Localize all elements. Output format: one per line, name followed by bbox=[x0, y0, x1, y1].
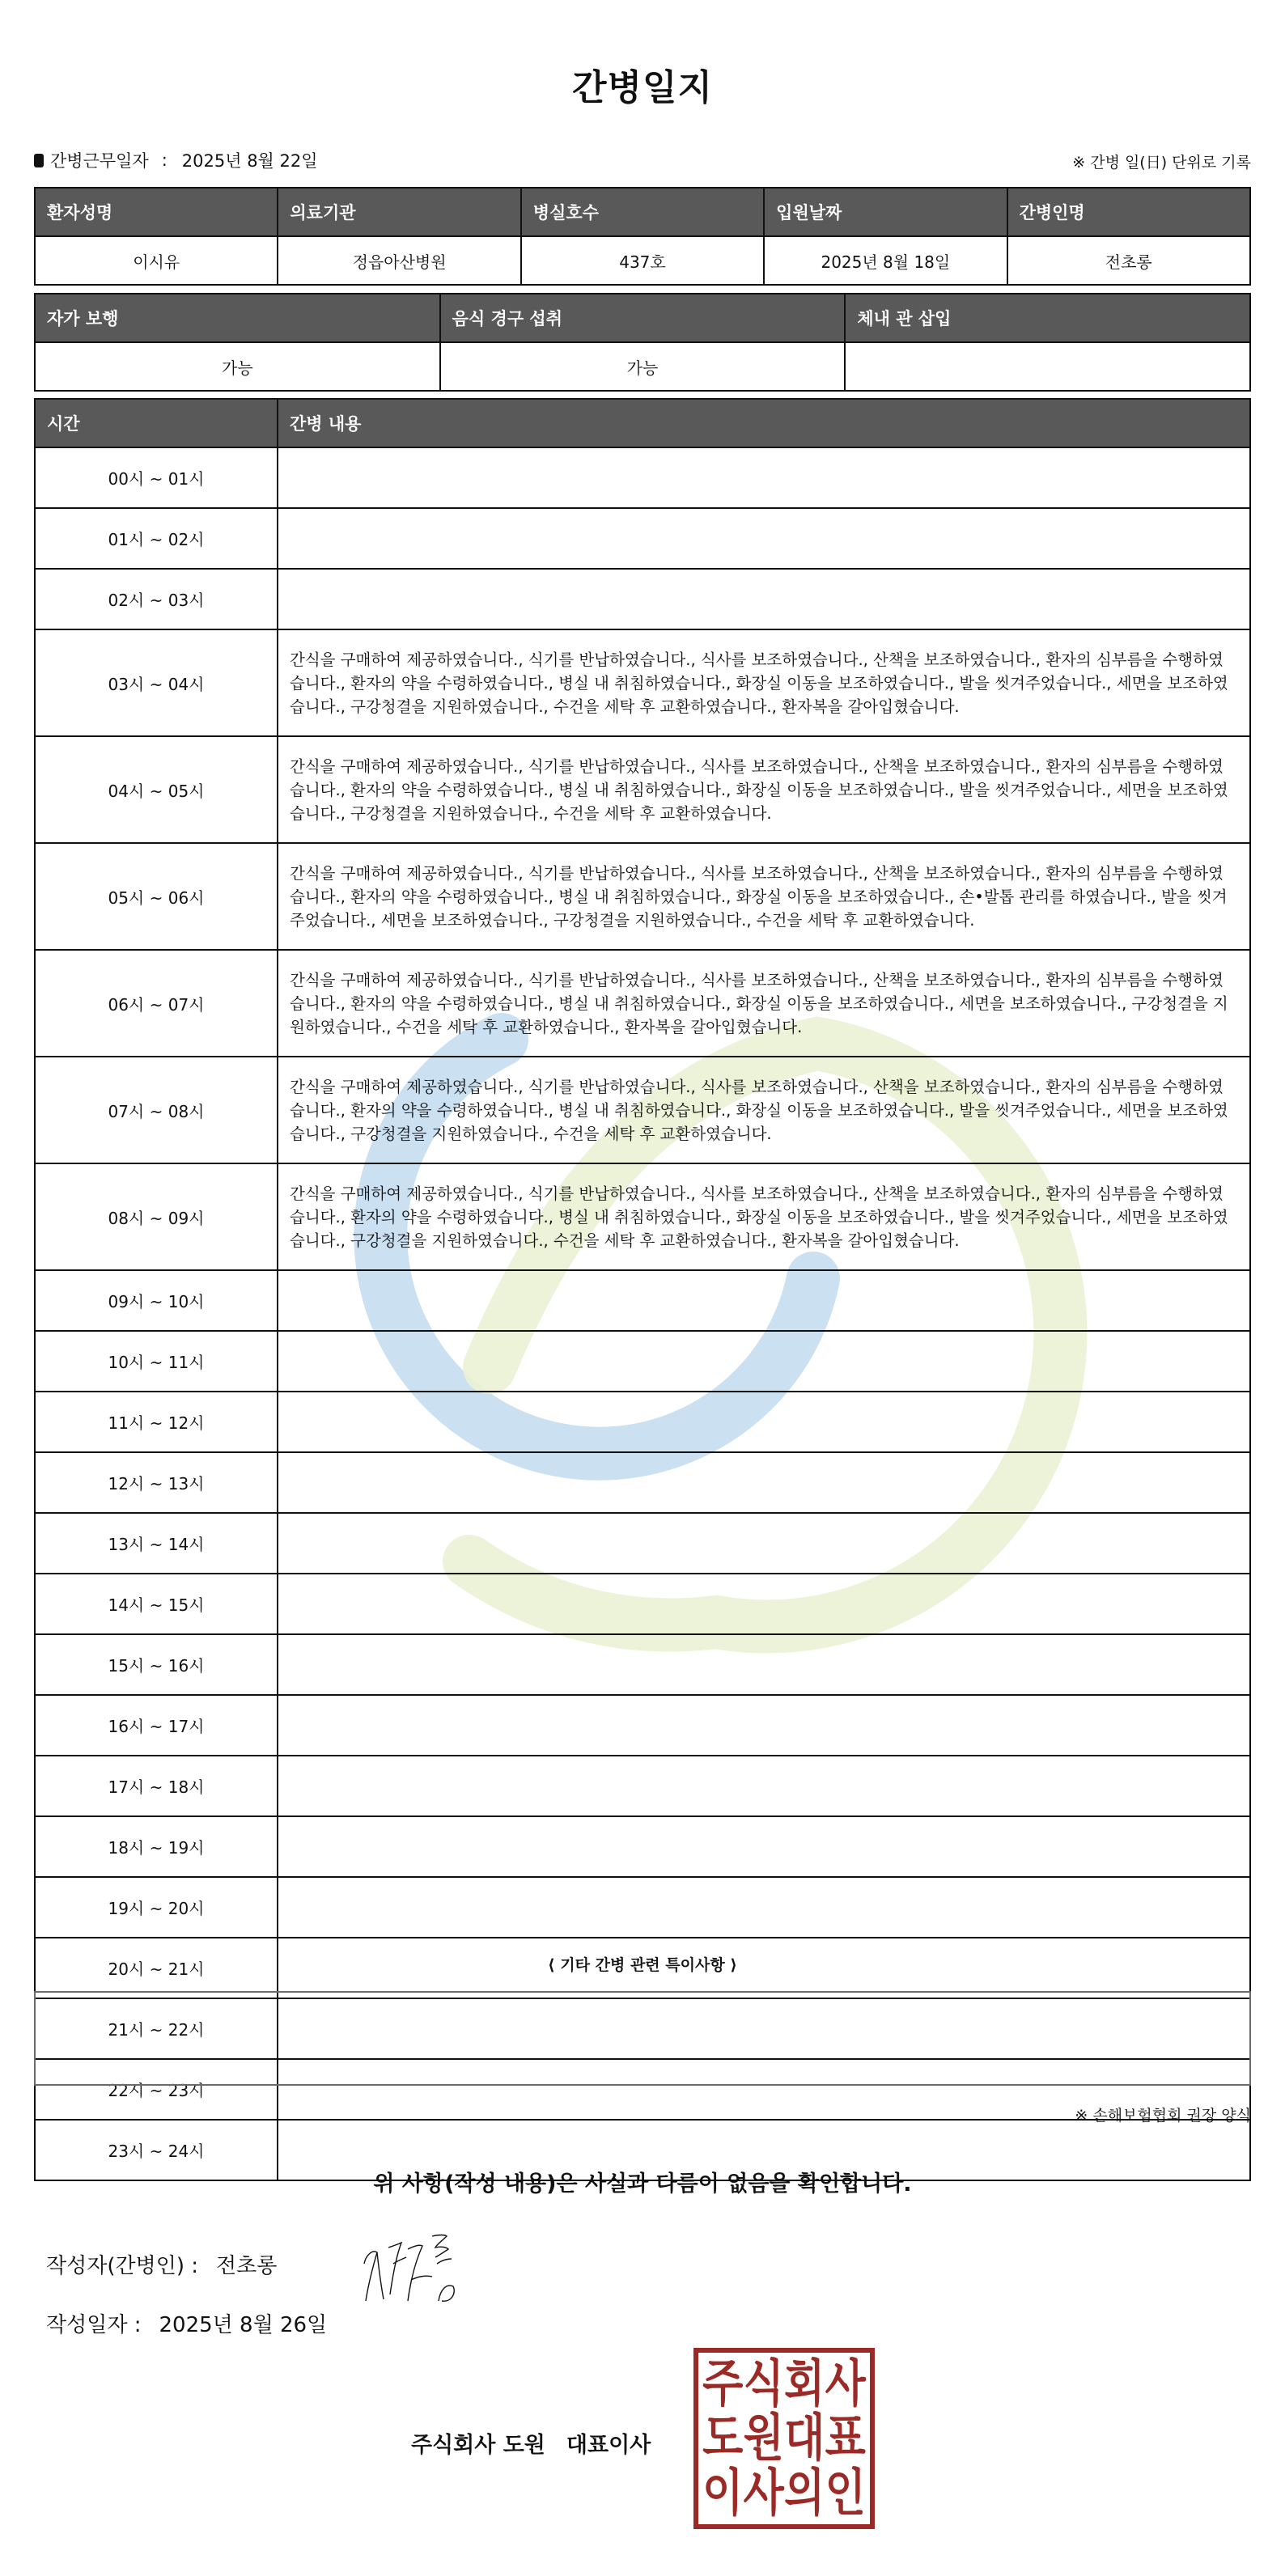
care-log-row: 04시 ~ 05시간식을 구매하여 제공하였습니다., 식기를 반납하였습니다.… bbox=[35, 736, 1250, 843]
hospital-value: 정읍아산병원 bbox=[278, 236, 520, 285]
room-value: 437호 bbox=[521, 236, 764, 285]
patient-info-header-row: 환자성명 의료기관 병실호수 입원날짜 간병인명 bbox=[35, 188, 1250, 236]
care-content bbox=[278, 508, 1250, 569]
header-tube-insertion: 체내 관 삽입 bbox=[845, 294, 1250, 342]
care-log-row: 17시 ~ 18시 bbox=[35, 1756, 1250, 1816]
care-content: 간식을 구매하여 제공하였습니다., 식기를 반납하였습니다., 식사를 보조하… bbox=[278, 950, 1250, 1057]
care-content: 간식을 구매하여 제공하였습니다., 식기를 반납하였습니다., 식사를 보조하… bbox=[278, 629, 1250, 736]
header-caregiver: 간병인명 bbox=[1007, 188, 1250, 236]
care-log-row: 14시 ~ 15시 bbox=[35, 1574, 1250, 1634]
tube-insertion-value bbox=[845, 342, 1250, 391]
document-title: 간병일지 bbox=[0, 58, 1285, 110]
stamp-character: 이 bbox=[702, 2460, 744, 2526]
oral-intake-value: 가능 bbox=[440, 342, 846, 391]
work-date-label: 간병근무일자 bbox=[50, 148, 149, 172]
time-slot: 12시 ~ 13시 bbox=[35, 1452, 278, 1513]
written-date-label: 작성일자 : bbox=[46, 2313, 142, 2337]
time-slot: 01시 ~ 02시 bbox=[35, 508, 278, 569]
care-content: 간식을 구매하여 제공하였습니다., 식기를 반납하였습니다., 식사를 보조하… bbox=[278, 736, 1250, 843]
care-content bbox=[278, 1756, 1250, 1816]
patient-info-table: 환자성명 의료기관 병실호수 입원날짜 간병인명 이시유 정읍아산병원 437호… bbox=[34, 187, 1251, 286]
writer-label: 작성자(간병인) : bbox=[46, 2254, 198, 2278]
remarks-box bbox=[34, 1991, 1251, 2086]
time-slot: 17시 ~ 18시 bbox=[35, 1756, 278, 1816]
time-slot: 19시 ~ 20시 bbox=[35, 1877, 278, 1938]
care-content bbox=[278, 1513, 1250, 1574]
written-date-line: 작성일자 :2025년 8월 26일 bbox=[46, 2308, 327, 2338]
time-slot: 16시 ~ 17시 bbox=[35, 1695, 278, 1756]
writer-name: 전초롱 bbox=[216, 2254, 277, 2278]
header-hospital: 의료기관 bbox=[278, 188, 520, 236]
patient-status-table: 자가 보행 음식 경구 섭취 체내 관 삽입 가능 가능 bbox=[34, 293, 1251, 392]
care-content: 간식을 구매하여 제공하였습니다., 식기를 반납하였습니다., 식사를 보조하… bbox=[278, 1163, 1250, 1270]
care-log-header-row: 시간 간병 내용 bbox=[35, 399, 1250, 447]
care-log-row: 01시 ~ 02시 bbox=[35, 508, 1250, 569]
stamp-characters: 주식회사도원대표이사의인 bbox=[702, 2357, 866, 2520]
signature-icon bbox=[358, 2231, 479, 2304]
header-room: 병실호수 bbox=[521, 188, 764, 236]
writer-line: 작성자(간병인) :전초롱 bbox=[46, 2249, 277, 2279]
care-content bbox=[278, 1452, 1250, 1513]
care-log-row: 15시 ~ 16시 bbox=[35, 1634, 1250, 1695]
care-log-row: 00시 ~ 01시 bbox=[35, 447, 1250, 508]
care-log-row: 02시 ~ 03시 bbox=[35, 569, 1250, 629]
time-slot: 14시 ~ 15시 bbox=[35, 1574, 278, 1634]
header-oral-intake: 음식 경구 섭취 bbox=[440, 294, 846, 342]
unit-note: ※ 간병 일(日) 단위로 기록 bbox=[1072, 150, 1251, 172]
care-content bbox=[278, 1634, 1250, 1695]
header-self-walking: 자가 보행 bbox=[35, 294, 440, 342]
care-content bbox=[278, 1816, 1250, 1877]
patient-info-value-row: 이시유 정읍아산병원 437호 2025년 8월 18일 전초롱 bbox=[35, 236, 1250, 285]
care-content: 간식을 구매하여 제공하였습니다., 식기를 반납하였습니다., 식사를 보조하… bbox=[278, 1057, 1250, 1163]
association-note: ※ 손해보험협회 권장 양식 bbox=[1075, 2104, 1251, 2125]
time-slot: 02시 ~ 03시 bbox=[35, 569, 278, 629]
work-date-separator: : bbox=[162, 150, 168, 170]
time-slot: 05시 ~ 06시 bbox=[35, 843, 278, 950]
patient-status-header-row: 자가 보행 음식 경구 섭취 체내 관 삽입 bbox=[35, 294, 1250, 342]
header-patient-name: 환자성명 bbox=[35, 188, 278, 236]
care-log-row: 06시 ~ 07시간식을 구매하여 제공하였습니다., 식기를 반납하였습니다.… bbox=[35, 950, 1250, 1057]
care-content bbox=[278, 1392, 1250, 1452]
header-time: 시간 bbox=[35, 399, 278, 447]
time-slot: 10시 ~ 11시 bbox=[35, 1331, 278, 1392]
care-content bbox=[278, 569, 1250, 629]
company-line: 주식회사 도원대표이사 bbox=[411, 2427, 651, 2459]
stamp-character: 사 bbox=[744, 2460, 785, 2526]
care-log-row: 13시 ~ 14시 bbox=[35, 1513, 1250, 1574]
company-name: 주식회사 도원 bbox=[411, 2433, 545, 2458]
care-log-row: 19시 ~ 20시 bbox=[35, 1877, 1250, 1938]
admission-date-value: 2025년 8월 18일 bbox=[764, 236, 1007, 285]
care-log-row: 08시 ~ 09시간식을 구매하여 제공하였습니다., 식기를 반납하였습니다.… bbox=[35, 1163, 1250, 1270]
care-content bbox=[278, 447, 1250, 508]
care-log-row: 11시 ~ 12시 bbox=[35, 1392, 1250, 1452]
patient-status-value-row: 가능 가능 bbox=[35, 342, 1250, 391]
stamp-character: 인 bbox=[825, 2460, 867, 2526]
time-slot: 13시 ~ 14시 bbox=[35, 1513, 278, 1574]
company-title: 대표이사 bbox=[566, 2433, 651, 2458]
care-content bbox=[278, 1574, 1250, 1634]
care-log-row: 09시 ~ 10시 bbox=[35, 1270, 1250, 1331]
time-slot: 00시 ~ 01시 bbox=[35, 447, 278, 508]
care-content bbox=[278, 1695, 1250, 1756]
company-seal-stamp: 주식회사도원대표이사의인 bbox=[693, 2348, 875, 2529]
time-slot: 11시 ~ 12시 bbox=[35, 1392, 278, 1452]
care-log-row: 07시 ~ 08시간식을 구매하여 제공하였습니다., 식기를 반납하였습니다.… bbox=[35, 1057, 1250, 1163]
remarks-label: ⟨ 기타 간병 관련 특이사항 ⟩ bbox=[0, 1953, 1285, 1975]
care-content bbox=[278, 1331, 1250, 1392]
bullet-icon bbox=[34, 154, 44, 167]
care-log-body: 00시 ~ 01시01시 ~ 02시02시 ~ 03시03시 ~ 04시간식을 … bbox=[35, 447, 1250, 2180]
time-slot: 03시 ~ 04시 bbox=[35, 629, 278, 736]
care-log-row: 03시 ~ 04시간식을 구매하여 제공하였습니다., 식기를 반납하였습니다.… bbox=[35, 629, 1250, 736]
time-slot: 08시 ~ 09시 bbox=[35, 1163, 278, 1270]
care-log-row: 05시 ~ 06시간식을 구매하여 제공하였습니다., 식기를 반납하였습니다.… bbox=[35, 843, 1250, 950]
care-log-row: 12시 ~ 13시 bbox=[35, 1452, 1250, 1513]
patient-name-value: 이시유 bbox=[35, 236, 278, 285]
care-log-row: 10시 ~ 11시 bbox=[35, 1331, 1250, 1392]
header-care-content: 간병 내용 bbox=[278, 399, 1250, 447]
time-slot: 04시 ~ 05시 bbox=[35, 736, 278, 843]
self-walking-value: 가능 bbox=[35, 342, 440, 391]
time-slot: 09시 ~ 10시 bbox=[35, 1270, 278, 1331]
work-date-value: 2025년 8월 22일 bbox=[182, 148, 318, 172]
care-content bbox=[278, 1270, 1250, 1331]
time-slot: 15시 ~ 16시 bbox=[35, 1634, 278, 1695]
care-log-row: 16시 ~ 17시 bbox=[35, 1695, 1250, 1756]
written-date-value: 2025년 8월 26일 bbox=[159, 2313, 328, 2337]
header-admission-date: 입원날짜 bbox=[764, 188, 1007, 236]
care-content bbox=[278, 1877, 1250, 1938]
stamp-character: 의 bbox=[784, 2460, 825, 2526]
time-slot: 07시 ~ 08시 bbox=[35, 1057, 278, 1163]
care-content: 간식을 구매하여 제공하였습니다., 식기를 반납하였습니다., 식사를 보조하… bbox=[278, 843, 1250, 950]
caregiver-value: 전초롱 bbox=[1007, 236, 1250, 285]
care-log-row: 18시 ~ 19시 bbox=[35, 1816, 1250, 1877]
work-date: 간병근무일자 : 2025년 8월 22일 bbox=[34, 148, 318, 172]
time-slot: 18시 ~ 19시 bbox=[35, 1816, 278, 1877]
care-log-table: 시간 간병 내용 00시 ~ 01시01시 ~ 02시02시 ~ 03시03시 … bbox=[34, 398, 1251, 2181]
confirmation-statement: 위 사항(작성 내용)은 사실과 다름이 없음을 확인합니다. bbox=[0, 2166, 1285, 2197]
time-slot: 06시 ~ 07시 bbox=[35, 950, 278, 1057]
